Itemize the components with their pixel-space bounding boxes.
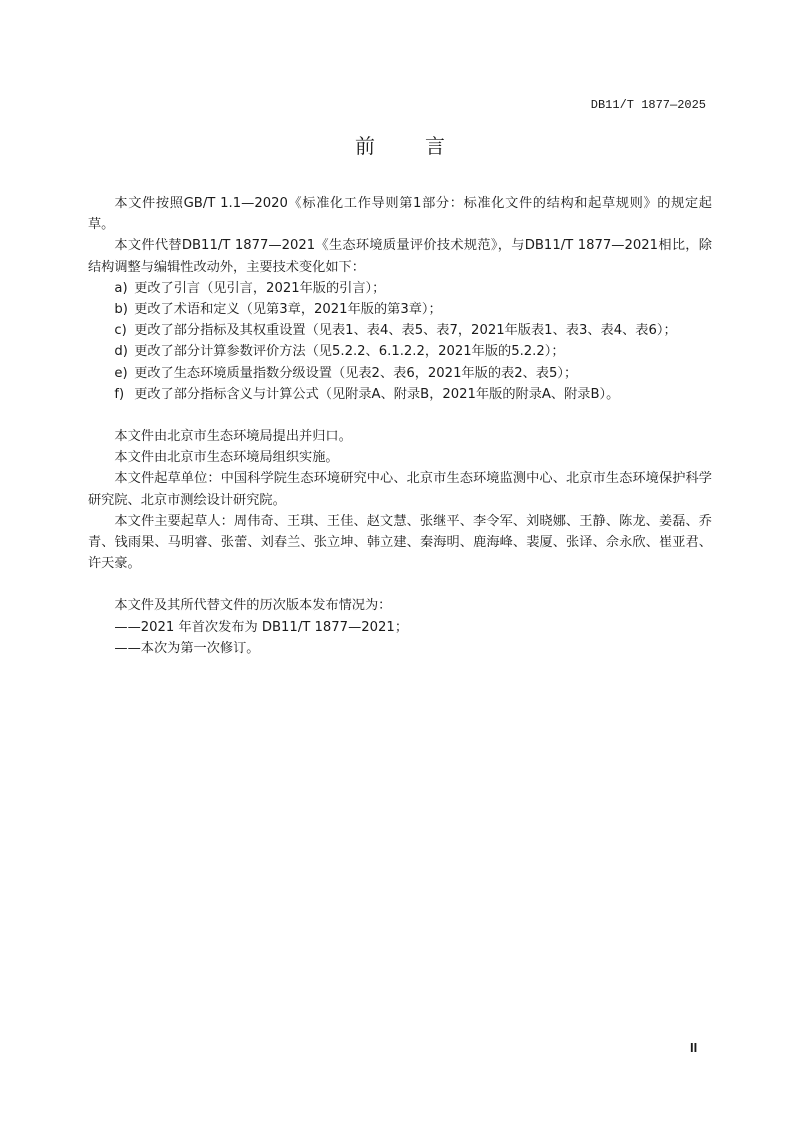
history-item: ——本次为第一次修订。 bbox=[88, 638, 712, 659]
list-item: e)更改了生态环境质量指数分级设置（见表2、表6，2021年版的表2、表5）； bbox=[88, 363, 712, 384]
paragraph-replacement: 本文件代替DB11/T 1877—2021《生态环境质量评价技术规范》，与DB1… bbox=[88, 235, 712, 277]
title-char-2: 言 bbox=[425, 130, 445, 159]
page-number: II bbox=[690, 1040, 697, 1055]
list-marker: e) bbox=[114, 363, 134, 384]
paragraph-history-intro: 本文件及其所代替文件的历次版本发布情况为： bbox=[88, 595, 712, 616]
changes-list: a)更改了引言（见引言，2021年版的引言）； b)更改了术语和定义（见第3章，… bbox=[88, 278, 712, 405]
paragraph-proposed-by: 本文件由北京市生态环境局提出并归口。 bbox=[88, 426, 712, 447]
list-marker: f) bbox=[114, 384, 134, 405]
list-item-text: 更改了部分指标及其权重设置（见表1、表4、表5、表7，2021年版表1、表3、表… bbox=[134, 323, 676, 338]
list-item-text: 更改了部分计算参数评价方法（见5.2.2、6.1.2.2，2021年版的5.2.… bbox=[134, 344, 564, 359]
list-item-text: 更改了术语和定义（见第3章，2021年版的第3章）； bbox=[134, 302, 442, 317]
document-code: DB11/T 1877—2025 bbox=[591, 98, 706, 112]
list-item: a)更改了引言（见引言，2021年版的引言）； bbox=[88, 278, 712, 299]
paragraph-drafting-rules: 本文件按照GB/T 1.1—2020《标准化工作导则第1部分：标准化文件的结构和… bbox=[88, 193, 712, 235]
list-item-text: 更改了引言（见引言，2021年版的引言）； bbox=[134, 281, 385, 296]
list-item: d)更改了部分计算参数评价方法（见5.2.2、6.1.2.2，2021年版的5.… bbox=[88, 341, 712, 362]
list-marker: b) bbox=[114, 299, 134, 320]
list-item-text: 更改了生态环境质量指数分级设置（见表2、表6，2021年版的表2、表5）； bbox=[134, 366, 577, 381]
spacer bbox=[88, 574, 712, 595]
paragraph-drafters: 本文件主要起草人：周伟奇、王琪、王佳、赵文慧、张继平、李令军、刘晓娜、王静、陈龙… bbox=[88, 511, 712, 575]
list-marker: c) bbox=[114, 320, 134, 341]
spacer bbox=[88, 405, 712, 426]
foreword-body: 本文件按照GB/T 1.1—2020《标准化工作导则第1部分：标准化文件的结构和… bbox=[88, 193, 712, 659]
paragraph-drafting-units: 本文件起草单位：中国科学院生态环境研究中心、北京市生态环境监测中心、北京市生态环… bbox=[88, 468, 712, 510]
history-item: ——2021 年首次发布为 DB11/T 1877—2021； bbox=[88, 617, 712, 638]
list-marker: d) bbox=[114, 341, 134, 362]
title-char-1: 前 bbox=[355, 130, 375, 159]
list-item: b)更改了术语和定义（见第3章，2021年版的第3章）； bbox=[88, 299, 712, 320]
list-marker: a) bbox=[114, 278, 134, 299]
page-title: 前言 bbox=[0, 130, 800, 159]
list-item-text: 更改了部分指标含义与计算公式（见附录A、附录B，2021年版的附录A、附录B）。 bbox=[134, 387, 619, 402]
list-item: c)更改了部分指标及其权重设置（见表1、表4、表5、表7，2021年版表1、表3… bbox=[88, 320, 712, 341]
list-item: f)更改了部分指标含义与计算公式（见附录A、附录B，2021年版的附录A、附录B… bbox=[88, 384, 712, 405]
paragraph-implemented-by: 本文件由北京市生态环境局组织实施。 bbox=[88, 447, 712, 468]
